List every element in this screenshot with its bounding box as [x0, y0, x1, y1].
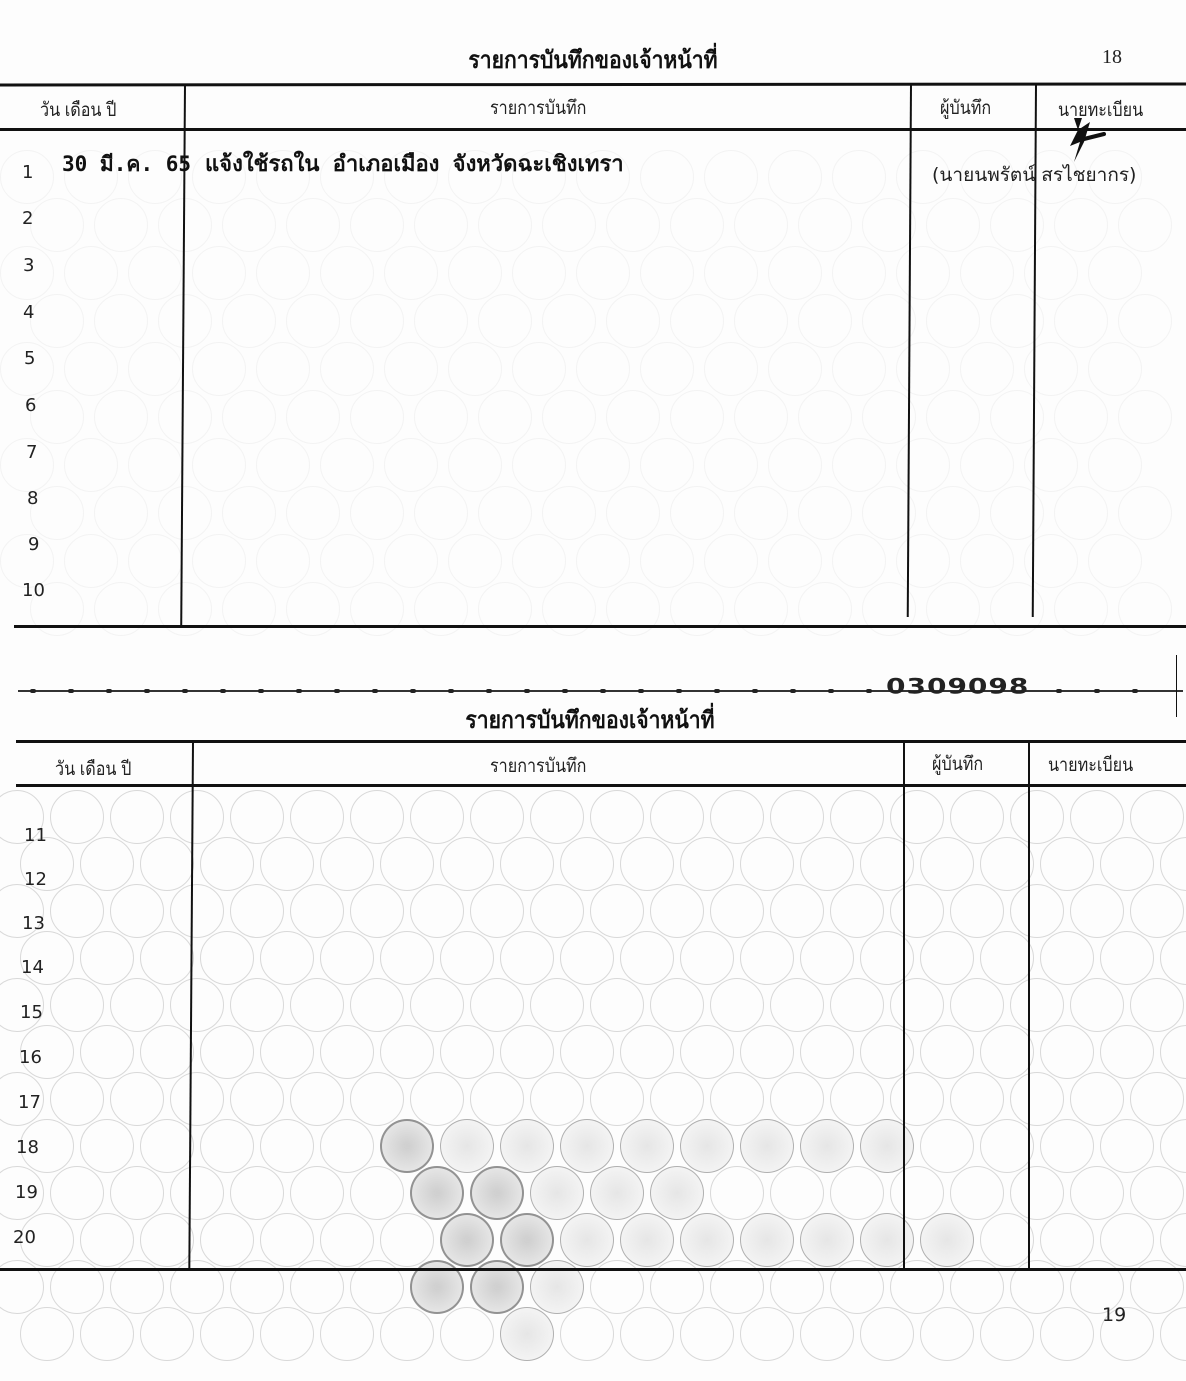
perforation-tick [372, 689, 378, 693]
watermark-coin-icon [170, 1072, 224, 1126]
watermark-coin-icon [1040, 1025, 1094, 1079]
watermark-coin-icon [710, 884, 764, 938]
perforation-tick [1094, 689, 1100, 693]
watermark-coin-icon [768, 534, 822, 588]
watermark-coin-icon [30, 294, 84, 348]
watermark-coin-icon [1100, 837, 1154, 891]
watermark-coin-icon [710, 1166, 764, 1220]
watermark-coin-icon [832, 246, 886, 300]
column-header-date: วัน เดือน ปี [40, 95, 116, 125]
watermark-coin-icon [440, 1119, 494, 1173]
watermark-coin-icon [960, 438, 1014, 492]
watermark-coin-icon [170, 978, 224, 1032]
watermark-coin-icon [286, 294, 340, 348]
watermark-coin-icon [470, 978, 524, 1032]
column-header-entry: รายการบันทึก [490, 93, 586, 123]
watermark-coin-icon [20, 1307, 74, 1361]
watermark-coin-icon [830, 1166, 884, 1220]
perforation-tick [182, 689, 188, 693]
watermark-coin-icon [620, 1307, 674, 1361]
watermark-coin-icon [1070, 1072, 1124, 1126]
watermark-coin-icon [920, 1213, 974, 1267]
watermark-coin-icon [256, 534, 310, 588]
watermark-coin-icon [512, 246, 566, 300]
perforation-tick [866, 689, 872, 693]
watermark-coin-icon [128, 438, 182, 492]
watermark-coin-icon [896, 342, 950, 396]
watermark-coin-icon [542, 390, 596, 444]
perforation-tick [790, 689, 796, 693]
watermark-coin-icon [320, 1119, 374, 1173]
watermark-coin-icon [560, 931, 614, 985]
watermark-coin-icon [542, 198, 596, 252]
watermark-coin-icon [680, 1119, 734, 1173]
watermark-coin-icon [590, 978, 644, 1032]
watermark-coin-icon [350, 294, 404, 348]
watermark-coin-icon [140, 1025, 194, 1079]
watermark-coin-icon [768, 438, 822, 492]
watermark-coin-icon [1054, 198, 1108, 252]
watermark-coin-icon [1040, 837, 1094, 891]
watermark-coin-icon [192, 342, 246, 396]
watermark-coin-icon [590, 790, 644, 844]
watermark-coin-icon [1160, 1307, 1186, 1361]
watermark-coin-icon [500, 837, 554, 891]
watermark-coin-icon [230, 790, 284, 844]
watermark-coin-icon [890, 978, 944, 1032]
watermark-coin-icon [350, 1072, 404, 1126]
watermark-coin-icon [670, 198, 724, 252]
watermark-coin-icon [1160, 837, 1186, 891]
watermark-coin-icon [256, 342, 310, 396]
watermark-coin-icon [350, 790, 404, 844]
watermark-coin-icon [860, 931, 914, 985]
watermark-coin-icon [640, 438, 694, 492]
watermark-coin-icon [140, 1213, 194, 1267]
watermark-coin-icon [80, 931, 134, 985]
watermark-coin-icon [380, 837, 434, 891]
watermark-coin-icon [410, 978, 464, 1032]
watermark-coin-icon [1040, 1307, 1094, 1361]
watermark-coin-icon [380, 931, 434, 985]
watermark-coin-icon [620, 931, 674, 985]
watermark-coin-icon [448, 246, 502, 300]
watermark-coin-icon [320, 1025, 374, 1079]
watermark-coin-icon [670, 390, 724, 444]
watermark-coin-icon [110, 790, 164, 844]
watermark-coin-icon [448, 438, 502, 492]
watermark-coin-icon [1100, 931, 1154, 985]
watermark-coin-icon [926, 390, 980, 444]
watermark-coin-icon [1010, 790, 1064, 844]
watermark-coin-icon [192, 246, 246, 300]
watermark-coin-icon [620, 1025, 674, 1079]
watermark-coin-icon [50, 1166, 104, 1220]
perforation-tick [638, 689, 644, 693]
watermark-coin-icon [1010, 884, 1064, 938]
watermark-coin-icon [860, 1213, 914, 1267]
watermark-coin-icon [832, 150, 886, 204]
watermark-coin-icon [200, 931, 254, 985]
watermark-coin-icon [1070, 978, 1124, 1032]
watermark-coin-icon [320, 837, 374, 891]
watermark-coin-icon [1130, 1072, 1184, 1126]
watermark-coin-icon [230, 1166, 284, 1220]
watermark-coin-icon [890, 790, 944, 844]
watermark-coin-icon [290, 1166, 344, 1220]
watermark-coin-icon [860, 1119, 914, 1173]
watermark-coin-icon [1010, 1072, 1064, 1126]
watermark-coin-icon [620, 1119, 674, 1173]
entry-text: แจ้งใช้รถใน อำเภอเมือง จังหวัดฉะเชิงเทรา [205, 146, 624, 181]
watermark-coin-icon [576, 246, 630, 300]
watermark-coin-icon [1088, 534, 1142, 588]
watermark-coin-icon [710, 790, 764, 844]
watermark-coin-icon [800, 1307, 854, 1361]
watermark-coin-icon [990, 486, 1044, 540]
watermark-coin-icon [800, 1213, 854, 1267]
watermark-coin-icon [500, 1213, 554, 1267]
watermark-coin-icon [80, 837, 134, 891]
watermark-coin-icon [740, 1119, 794, 1173]
watermark-coin-icon [320, 1307, 374, 1361]
watermark-coin-icon [1130, 884, 1184, 938]
perforation-tick [752, 689, 758, 693]
watermark-coin-icon [606, 390, 660, 444]
watermark-coin-icon [950, 1166, 1004, 1220]
perforation-tick [410, 689, 416, 693]
watermark-coin-icon [830, 1072, 884, 1126]
page-title-bottom: รายการบันทึกของเจ้าหน้าที่ [458, 700, 722, 739]
watermark-coin-icon [192, 438, 246, 492]
watermark-coin-icon [290, 884, 344, 938]
watermark-coin-icon [1130, 1166, 1184, 1220]
watermark-coin-icon [320, 931, 374, 985]
watermark-coin-icon [560, 1025, 614, 1079]
watermark-coin-icon [410, 790, 464, 844]
watermark-coin-icon [640, 534, 694, 588]
watermark-coin-icon [830, 978, 884, 1032]
watermark-coin-icon [290, 1072, 344, 1126]
watermark-coin-icon [770, 1166, 824, 1220]
watermark-coin-icon [798, 486, 852, 540]
watermark-coin-icon [950, 790, 1004, 844]
watermark-coin-icon [920, 837, 974, 891]
watermark-coin-icon [80, 1307, 134, 1361]
watermark-coin-icon [530, 978, 584, 1032]
watermark-coin-icon [192, 534, 246, 588]
perforation-tick [334, 689, 340, 693]
watermark-coin-icon [980, 1025, 1034, 1079]
watermark-coin-icon [500, 1025, 554, 1079]
watermark-coin-icon [110, 1072, 164, 1126]
watermark-coin-icon [448, 534, 502, 588]
watermark-coin-icon [1160, 1025, 1186, 1079]
watermark-coin-icon [1118, 486, 1172, 540]
watermark-coin-icon [832, 438, 886, 492]
row-number: 14 [21, 957, 44, 978]
column-header-entry: รายการบันทึก [490, 751, 586, 781]
watermark-coin-icon [440, 837, 494, 891]
watermark-coin-icon [542, 486, 596, 540]
watermark-coin-icon [800, 931, 854, 985]
watermark-coin-icon [1070, 1166, 1124, 1220]
watermark-coin-icon [286, 198, 340, 252]
watermark-coin-icon [158, 486, 212, 540]
watermark-coin-icon [320, 534, 374, 588]
watermark-coin-icon [500, 1119, 554, 1173]
watermark-coin-icon [680, 1307, 734, 1361]
watermark-coin-icon [1088, 246, 1142, 300]
watermark-coin-icon [926, 294, 980, 348]
watermark-coin-icon [350, 978, 404, 1032]
watermark-coin-icon [770, 790, 824, 844]
watermark-coin-icon [478, 294, 532, 348]
watermark-coin-icon [860, 837, 914, 891]
watermark-coin-icon [704, 342, 758, 396]
perforation-tick [562, 689, 568, 693]
column-header-recorder: ผู้บันทึก [940, 93, 991, 123]
watermark-coin-icon [140, 931, 194, 985]
watermark-coin-icon [670, 294, 724, 348]
watermark-coin-icon [414, 390, 468, 444]
watermark-coin-icon [950, 884, 1004, 938]
table-bottom-border [14, 625, 1186, 628]
watermark-coin-icon [1054, 390, 1108, 444]
watermark-coin-icon [1118, 198, 1172, 252]
watermark-coin-icon [440, 1213, 494, 1267]
watermark-coin-icon [798, 198, 852, 252]
column-divider-2 [903, 742, 905, 1269]
entry-date: 30 มี.ค. 65 [62, 148, 191, 181]
watermark-coin-icon [230, 978, 284, 1032]
watermark-coin-icon [1100, 1119, 1154, 1173]
watermark-coin-icon [290, 978, 344, 1032]
watermark-coin-icon [320, 438, 374, 492]
watermark-coin-icon [542, 294, 596, 348]
watermark-coin-icon [350, 390, 404, 444]
watermark-coin-icon [410, 1072, 464, 1126]
watermark-coin-icon [470, 1072, 524, 1126]
watermark-coin-icon [680, 837, 734, 891]
watermark-coin-icon [830, 790, 884, 844]
watermark-coin-icon [860, 1025, 914, 1079]
watermark-coin-icon [414, 486, 468, 540]
watermark-coin-icon [680, 1213, 734, 1267]
watermark-coin-icon [1010, 978, 1064, 1032]
watermark-coin-icon [350, 198, 404, 252]
watermark-coin-icon [286, 486, 340, 540]
watermark-coin-icon [256, 438, 310, 492]
table-top-border [0, 82, 1186, 86]
watermark-coin-icon [200, 837, 254, 891]
watermark-coin-icon [768, 150, 822, 204]
watermark-coin-icon [1070, 884, 1124, 938]
watermark-coin-icon [734, 486, 788, 540]
watermark-coin-icon [734, 198, 788, 252]
watermark-coin-icon [530, 790, 584, 844]
watermark-coin-icon [256, 246, 310, 300]
watermark-coin-icon [222, 390, 276, 444]
watermark-coin-icon [980, 1307, 1034, 1361]
watermark-coin-icon [560, 1307, 614, 1361]
watermark-coin-icon [590, 884, 644, 938]
page-title-top: รายการบันทึกของเจ้าหน้าที่ [458, 40, 727, 79]
watermark-coin-icon [832, 534, 886, 588]
watermark-coin-icon [1054, 294, 1108, 348]
watermark-coin-icon [110, 978, 164, 1032]
watermark-coin-icon [260, 1213, 314, 1267]
watermark-coin-icon [110, 884, 164, 938]
watermark-coin-icon [1040, 1213, 1094, 1267]
watermark-coin-icon [64, 246, 118, 300]
watermark-coin-icon [950, 978, 1004, 1032]
watermark-coin-icon [530, 1072, 584, 1126]
perforation-tick [600, 689, 606, 693]
watermark-coin-icon [606, 198, 660, 252]
watermark-coin-icon [770, 884, 824, 938]
watermark-coin-icon [350, 884, 404, 938]
row-number: 18 [16, 1137, 39, 1158]
row-number: 5 [24, 348, 35, 369]
watermark-coin-icon [890, 1072, 944, 1126]
perforation-tick [828, 689, 834, 693]
watermark-coin-icon [470, 1166, 524, 1220]
watermark-coin-icon [590, 1166, 644, 1220]
perforation-tick [68, 689, 74, 693]
watermark-coin-icon [640, 246, 694, 300]
watermark-coin-icon [704, 534, 758, 588]
watermark-coin-icon [740, 1307, 794, 1361]
watermark-coin-icon [350, 1166, 404, 1220]
watermark-coin-icon [230, 884, 284, 938]
row-number: 20 [13, 1227, 36, 1248]
perforation-edge [1176, 655, 1177, 717]
watermark-coin-icon [320, 246, 374, 300]
watermark-coin-icon [740, 837, 794, 891]
perforation-tick [258, 689, 264, 693]
watermark-coin-icon [170, 790, 224, 844]
watermark-coin-icon [1040, 1119, 1094, 1173]
watermark-coin-icon [500, 1307, 554, 1361]
watermark-coin-icon [950, 1072, 1004, 1126]
watermark-coin-icon [478, 390, 532, 444]
watermark-coin-icon [1160, 1213, 1186, 1267]
column-header-registrar: นายทะเบียน [1048, 750, 1133, 780]
watermark-coin-icon [650, 978, 704, 1032]
watermark-coin-icon [576, 534, 630, 588]
watermark-coin-icon [64, 534, 118, 588]
row-number: 9 [28, 534, 39, 555]
watermark-coin-icon [414, 294, 468, 348]
watermark-coin-icon [414, 198, 468, 252]
watermark-coin-icon [640, 342, 694, 396]
watermark-coin-icon [832, 342, 886, 396]
watermark-coin-icon [290, 790, 344, 844]
watermark-coin-icon [680, 931, 734, 985]
table-header-divider [0, 128, 1186, 131]
watermark-coin-icon [798, 294, 852, 348]
watermark-coin-icon [50, 884, 104, 938]
row-number: 10 [22, 580, 45, 601]
watermark-coin-icon [620, 837, 674, 891]
watermark-coin-icon [576, 342, 630, 396]
perforation-tick [448, 689, 454, 693]
watermark-coin-icon [1130, 790, 1184, 844]
watermark-coin-icon [890, 1166, 944, 1220]
watermark-coin-icon [94, 198, 148, 252]
row-number: 13 [22, 913, 45, 934]
watermark-coin-icon [384, 246, 438, 300]
watermark-coin-icon [560, 1213, 614, 1267]
perforation-tick [1056, 689, 1062, 693]
watermark-coin-icon [980, 1119, 1034, 1173]
watermark-coin-icon [158, 390, 212, 444]
watermark-coin-icon [64, 342, 118, 396]
watermark-coin-icon [770, 1072, 824, 1126]
watermark-coin-icon [640, 150, 694, 204]
watermark-coin-icon [830, 884, 884, 938]
row-number: 6 [25, 395, 36, 416]
watermark-coin-icon [576, 438, 630, 492]
column-divider-3 [1028, 742, 1030, 1269]
watermark-coin-icon [530, 1166, 584, 1220]
watermark-coin-icon [800, 837, 854, 891]
watermark-coin-icon [260, 1025, 314, 1079]
watermark-coin-icon [128, 342, 182, 396]
column-header-date: วัน เดือน ปี [55, 754, 131, 784]
watermark-coin-icon [410, 1166, 464, 1220]
watermark-coin-icon [80, 1025, 134, 1079]
watermark-coin-icon [560, 837, 614, 891]
watermark-coin-icon [64, 438, 118, 492]
watermark-coin-icon [80, 1213, 134, 1267]
perforation-tick [486, 689, 492, 693]
watermark-coin-icon [230, 1072, 284, 1126]
watermark-coin-icon [560, 1119, 614, 1173]
column-header-recorder: ผู้บันทึก [932, 749, 983, 779]
watermark-coin-icon [920, 1025, 974, 1079]
row-number: 3 [23, 255, 34, 276]
watermark-coin-icon [1160, 1119, 1186, 1173]
watermark-coin-icon [1160, 931, 1186, 985]
watermark-coin-icon [1070, 790, 1124, 844]
watermark-coin-icon [1100, 1025, 1154, 1079]
watermark-coin-icon [770, 978, 824, 1032]
row-number: 2 [22, 208, 33, 229]
row-number: 12 [24, 869, 47, 890]
watermark-coin-icon [606, 294, 660, 348]
watermark-coin-icon [740, 1025, 794, 1079]
watermark-coin-icon [260, 931, 314, 985]
watermark-coin-icon [140, 1307, 194, 1361]
watermark-coin-icon [50, 790, 104, 844]
watermark-coin-icon [222, 198, 276, 252]
watermark-coin-icon [380, 1025, 434, 1079]
watermark-coin-icon [478, 198, 532, 252]
watermark-coin-icon [200, 1307, 254, 1361]
watermark-coin-icon [740, 931, 794, 985]
watermark-coin-icon [94, 486, 148, 540]
watermark-coin-icon [320, 342, 374, 396]
watermark-coin-icon [448, 342, 502, 396]
watermark-coin-icon [384, 342, 438, 396]
watermark-coin-icon [768, 342, 822, 396]
watermark-coin-icon [500, 931, 554, 985]
watermark-coin-icon [200, 1025, 254, 1079]
watermark-coin-icon [980, 1213, 1034, 1267]
watermark-coin-icon [704, 438, 758, 492]
